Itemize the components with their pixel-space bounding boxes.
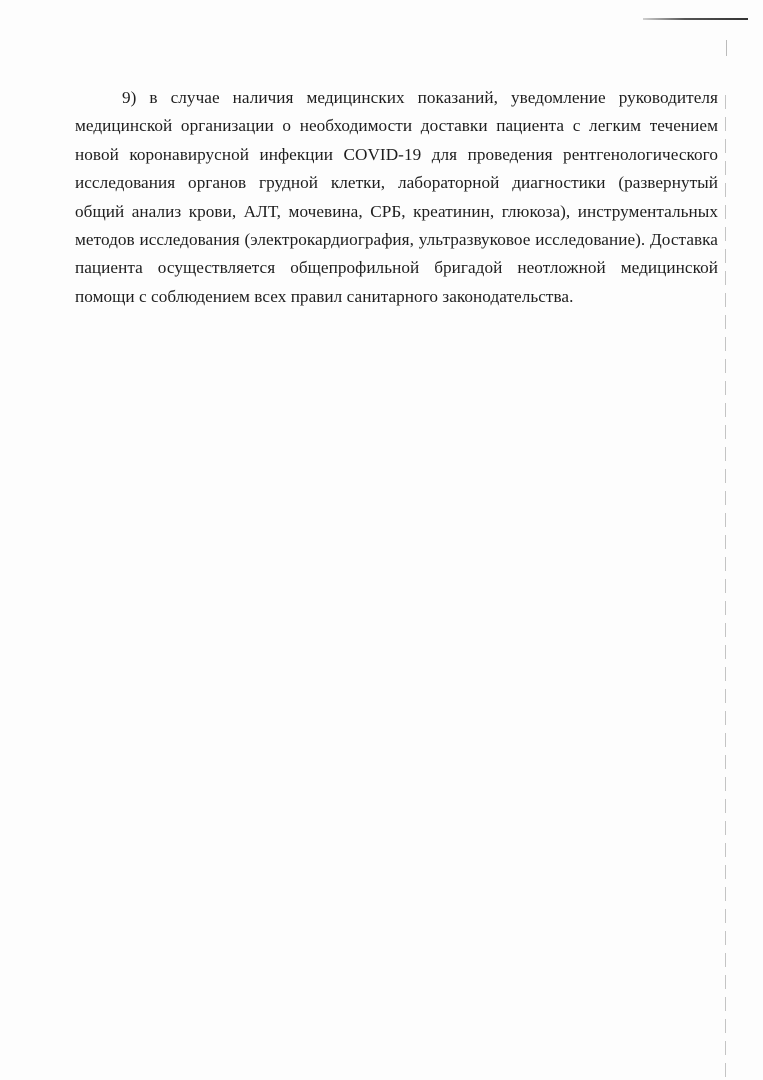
scan-edge-line [725, 95, 726, 1080]
document-paragraph-item-9: 9) в случае наличия медицинских показани… [75, 84, 718, 311]
scan-edge-mark [726, 40, 727, 56]
header-rule-line [643, 18, 748, 20]
